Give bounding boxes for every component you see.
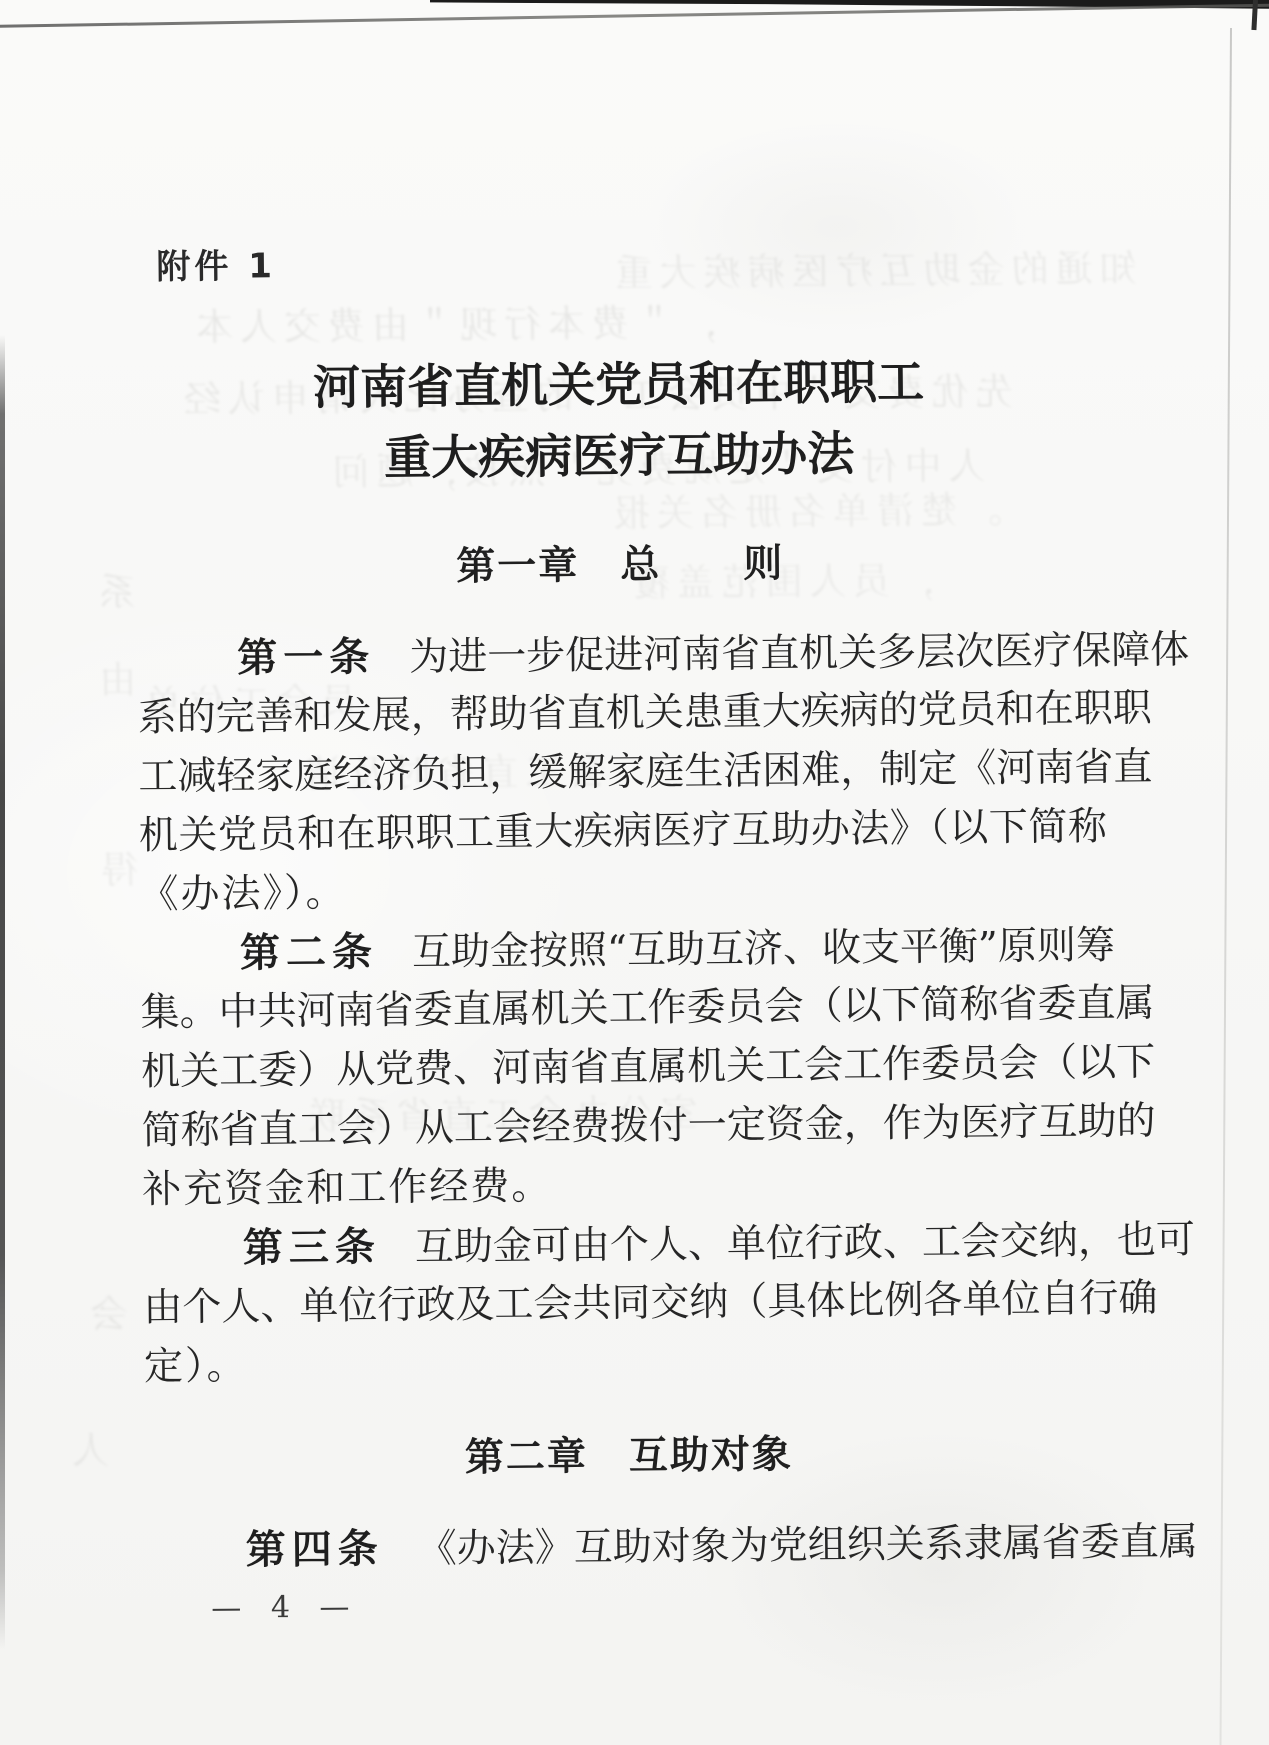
bleedthrough-text: 会 (83, 1284, 128, 1338)
bleedthrough-text: 。楚清单名册名关报 (606, 479, 1003, 537)
document-content: 知通的金助互疗医病疾大重，＂费本行现＂由费交人本先优费交＂中员会工＂的查办比人请… (0, 0, 1269, 1745)
body-line: 第一条为进一步促进河南省直机关多层次医疗保障体 (137, 626, 1105, 684)
document-body: 第一条为进一步促进河南省直机关多层次医疗保障体系的完善和发展，帮助省直机关患重大… (137, 626, 1113, 1435)
bleedthrough-text: 得 (94, 840, 139, 894)
body-line: 《办法》）。 (139, 862, 1107, 919)
bleedthrough-text: 系 (91, 562, 136, 616)
page-number: — 4 — (211, 1589, 360, 1625)
document-title-line1: 河南省直机关党员和在职职工 (134, 343, 1103, 419)
body-line: 简称省直工会）从工会经费拨付一定资金，作为医疗互助的 (142, 1098, 1110, 1155)
body-line: 工减轻家庭经济负担，缓解家庭生活困难，制定《河南省直 (138, 744, 1106, 801)
body-line: 第四条《办法》互助对象为党组织关系隶属省委直属 (146, 1518, 1114, 1576)
bleedthrough-text: ，＂费本行现＂由费交人本 (189, 292, 717, 351)
body-line: 集。中共河南省委直属机关工作委员会（以下简称省委直属 (140, 980, 1108, 1037)
article-number: 第二条 (240, 929, 378, 976)
article-number: 第四条 (246, 1526, 384, 1573)
article-number: 第一条 (237, 634, 375, 681)
scanned-page: 知通的金助互疗医病疾大重，＂费本行现＂由费交人本先优费交＂中员会工＂的查办比人请… (0, 0, 1269, 1745)
body-line: 机关工委）从党费、河南省直属机关工会工作委员会（以下 (141, 1039, 1109, 1096)
bleedthrough-text: 知通的金助互疗医病疾大重 (608, 238, 1136, 297)
body-line: 第二条互助金按照“互助互济、收支平衡”原则筹 (140, 921, 1108, 979)
chapter-1-heading: 第一章 总 则 (136, 529, 1104, 594)
bleedthrough-text: 人 (65, 1420, 110, 1474)
body-line: 由个人、单位行政及工会共同交纳（具体比例各单位自行确 (143, 1275, 1111, 1332)
body-line: 机关党员和在职职工重大疾病医疗互助办法》（以下简称 (139, 803, 1107, 860)
body-line: 系的完善和发展，帮助省直机关患重大疾病的党员和在职职 (138, 685, 1106, 742)
document-body-continued: 第四条《办法》互助对象为党组织关系隶属省委直属 (146, 1518, 1115, 1597)
body-line: 定）。 (144, 1334, 1112, 1391)
bleedthrough-layer: 知通的金助互疗医病疾大重，＂费本行现＂由费交人本先优费交＂中员会工＂的查办比人请… (0, 0, 1260, 3)
article-number: 第三条 (243, 1224, 381, 1271)
body-line: 第三条互助金可由个人、单位行政、工会交纳，也可 (143, 1216, 1111, 1274)
chapter-2-heading: 第二章 互助对象 (145, 1420, 1113, 1485)
attachment-label: 附件 1 (156, 238, 276, 288)
document-title-line2: 重大疾病医疗互助办法 (135, 414, 1104, 490)
bleedthrough-text: 由 (92, 650, 137, 704)
body-line: 补充资金和工作经费。 (142, 1157, 1110, 1214)
